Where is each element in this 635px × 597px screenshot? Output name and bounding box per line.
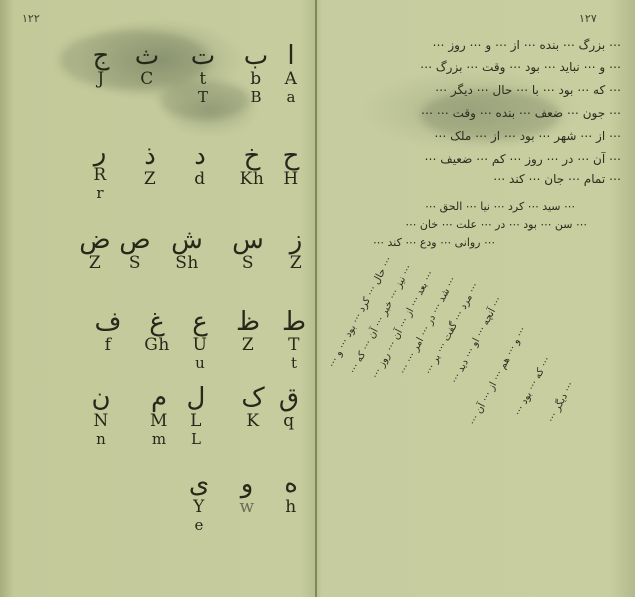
page-number: ۱۲۲ xyxy=(22,12,40,25)
latin-letter: M xyxy=(139,412,179,431)
latin-letter: H xyxy=(271,170,311,189)
arabic-letter: ط xyxy=(274,308,314,336)
alphabet-cell: ف f xyxy=(88,308,128,355)
arabic-letter: ر xyxy=(80,138,120,166)
alphabet-cell: ب b B xyxy=(236,42,276,106)
latin-letter: Z xyxy=(276,254,316,273)
latin-letter: Z xyxy=(228,336,268,355)
latin-letter-alt: t xyxy=(274,355,314,372)
arabic-letter: ل xyxy=(176,384,216,412)
arabic-letter: غ xyxy=(137,308,177,336)
alphabet-cell: غ Gh xyxy=(137,308,177,355)
latin-letter: Sh xyxy=(167,254,207,273)
arabic-letter: ب xyxy=(236,42,276,70)
latin-letter-alt: m xyxy=(139,431,179,448)
latin-letter: L xyxy=(176,412,216,431)
alphabet-cell: م M m xyxy=(139,384,179,448)
alphabet-cell: ص S xyxy=(115,226,155,273)
alphabet-cell: ر R r xyxy=(80,138,120,202)
alphabet-cell: ض Z xyxy=(75,226,115,273)
arabic-letter: ق xyxy=(269,384,309,412)
manuscript-text-line: ⋯ و ⋯ نباید ⋯ بود ⋯ وقت ⋯ بزرگ ⋯ xyxy=(325,60,621,78)
latin-letter: A xyxy=(271,70,311,89)
marginal-note-line: ⋯ دیگر ⋯ xyxy=(546,380,577,425)
latin-letter-alt: L xyxy=(176,431,216,448)
arabic-letter: س xyxy=(228,226,268,254)
alphabet-cell: ک K xyxy=(233,384,273,431)
latin-letter: t xyxy=(183,70,223,89)
arabic-letter: و xyxy=(227,470,267,498)
latin-letter: b xyxy=(236,70,276,89)
arabic-letter: ه xyxy=(271,470,311,498)
latin-letter-alt: B xyxy=(236,89,276,106)
left-page: ۱۲۲ ا A a ب b B ت t T ث C ج J ح xyxy=(0,0,315,597)
arabic-letter: ش xyxy=(167,226,207,254)
latin-letter: d xyxy=(180,170,220,189)
latin-letter: f xyxy=(88,336,128,355)
manuscript-spread: ۱۲۲ ا A a ب b B ت t T ث C ج J ح xyxy=(0,0,635,597)
alphabet-cell: ت t T xyxy=(183,42,223,106)
arabic-letter: ک xyxy=(233,384,273,412)
alphabet-cell: ع U u xyxy=(180,308,220,372)
alphabet-cell: ه h xyxy=(271,470,311,517)
right-page: ۱۲۷ ⋯ بزرگ ⋯ بنده ⋯ از ⋯ و ⋯ روز ⋯ ⋯ و ⋯… xyxy=(317,0,635,597)
alphabet-cell: ز Z xyxy=(276,226,316,273)
page-number: ۱۲۷ xyxy=(579,12,597,25)
latin-letter-alt: a xyxy=(271,89,311,106)
arabic-letter: ض xyxy=(75,226,115,254)
marginal-notes: ⋯ حال ⋯ کرد ⋯ بود ⋯ و ⋯ ⋯ نیز ⋯ خبر ⋯ آن… xyxy=(317,255,635,425)
manuscript-text-line: ⋯ تمام ⋯ جان ⋯ کند ⋯ xyxy=(387,172,621,190)
manuscript-text-line: ⋯ از ⋯ شهر ⋯ بود ⋯ از ⋯ ملک ⋯ xyxy=(325,129,621,147)
latin-letter: R xyxy=(80,166,120,185)
latin-letter: Gh xyxy=(137,336,177,355)
marginal-note-line: ⋯ که ⋯ بود ⋯ xyxy=(512,355,552,418)
latin-letter: U xyxy=(180,336,220,355)
latin-letter: Y xyxy=(179,498,219,517)
manuscript-text-line: ⋯ بزرگ ⋯ بنده ⋯ از ⋯ و ⋯ روز ⋯ xyxy=(325,38,621,56)
latin-letter-alt: r xyxy=(80,185,120,202)
latin-letter: Z xyxy=(130,170,170,189)
latin-letter: q xyxy=(269,412,309,431)
alphabet-cell: ل L L xyxy=(176,384,216,448)
manuscript-text-line: ⋯ سن ⋯ بود ⋯ در ⋯ علت ⋯ خان ⋯ xyxy=(327,218,587,236)
latin-letter-alt: e xyxy=(179,517,219,534)
alphabet-cell: ن N n xyxy=(81,384,121,448)
latin-letter: h xyxy=(271,498,311,517)
alphabet-cell: س S xyxy=(228,226,268,273)
arabic-letter: خ xyxy=(232,142,272,170)
arabic-letter: ح xyxy=(271,142,311,170)
alphabet-cell: ح H xyxy=(271,142,311,189)
latin-letter-alt: n xyxy=(81,431,121,448)
arabic-letter: ا xyxy=(271,42,311,70)
manuscript-text-line: ⋯ که ⋯ بود ⋯ با ⋯ حال ⋯ دیگر ⋯ xyxy=(325,83,621,101)
alphabet-cell: ج J xyxy=(81,42,121,89)
latin-letter: Kh xyxy=(232,170,272,189)
latin-letter: S xyxy=(228,254,268,273)
alphabet-cell: و w xyxy=(227,470,267,517)
manuscript-text-line: ⋯ جون ⋯ ضعف ⋯ بنده ⋯ وقت ⋯ ⋯ xyxy=(325,106,621,124)
latin-letter: N xyxy=(81,412,121,431)
arabic-letter: ج xyxy=(81,42,121,70)
arabic-letter: ف xyxy=(88,308,128,336)
alphabet-cell: ش Sh xyxy=(167,226,207,273)
alphabet-cell: ظ Z xyxy=(228,308,268,355)
latin-letter: J xyxy=(81,70,121,89)
latin-letter: T xyxy=(274,336,314,355)
arabic-letter: ث xyxy=(127,42,167,70)
latin-letter: S xyxy=(115,254,155,273)
alphabet-cell: ا A a xyxy=(271,42,311,106)
alphabet-cell: ط T t xyxy=(274,308,314,372)
manuscript-text-line: ⋯ روانی ⋯ ودع ⋯ کند ⋯ xyxy=(325,236,495,254)
arabic-letter: ع xyxy=(180,308,220,336)
latin-letter: Z xyxy=(75,254,115,273)
latin-letter-alt: u xyxy=(180,355,220,372)
alphabet-cell: ذ Z xyxy=(130,142,170,189)
arabic-letter: ظ xyxy=(228,308,268,336)
arabic-letter: م xyxy=(139,384,179,412)
arabic-letter: ز xyxy=(276,226,316,254)
arabic-letter: ت xyxy=(183,42,223,70)
alphabet-cell: ی Y e xyxy=(179,470,219,534)
alphabet-cell: د d xyxy=(180,142,220,189)
latin-letter: w xyxy=(227,498,267,517)
latin-letter: C xyxy=(127,70,167,89)
latin-letter-alt: T xyxy=(183,89,223,106)
arabic-letter: ی xyxy=(179,470,219,498)
arabic-letter: ن xyxy=(81,384,121,412)
arabic-letter: ص xyxy=(115,226,155,254)
arabic-letter: د xyxy=(180,142,220,170)
alphabet-cell: ث C xyxy=(127,42,167,89)
manuscript-text-line: ⋯ سید ⋯ کرد ⋯ نیا ⋯ الحق ⋯ xyxy=(327,200,575,218)
alphabet-cell: خ Kh xyxy=(232,142,272,189)
manuscript-text-line: ⋯ آن ⋯ در ⋯ روز ⋯ کم ⋯ ضعیف ⋯ xyxy=(325,152,621,170)
alphabet-cell: ق q xyxy=(269,384,309,431)
latin-letter: K xyxy=(233,412,273,431)
arabic-letter: ذ xyxy=(130,142,170,170)
